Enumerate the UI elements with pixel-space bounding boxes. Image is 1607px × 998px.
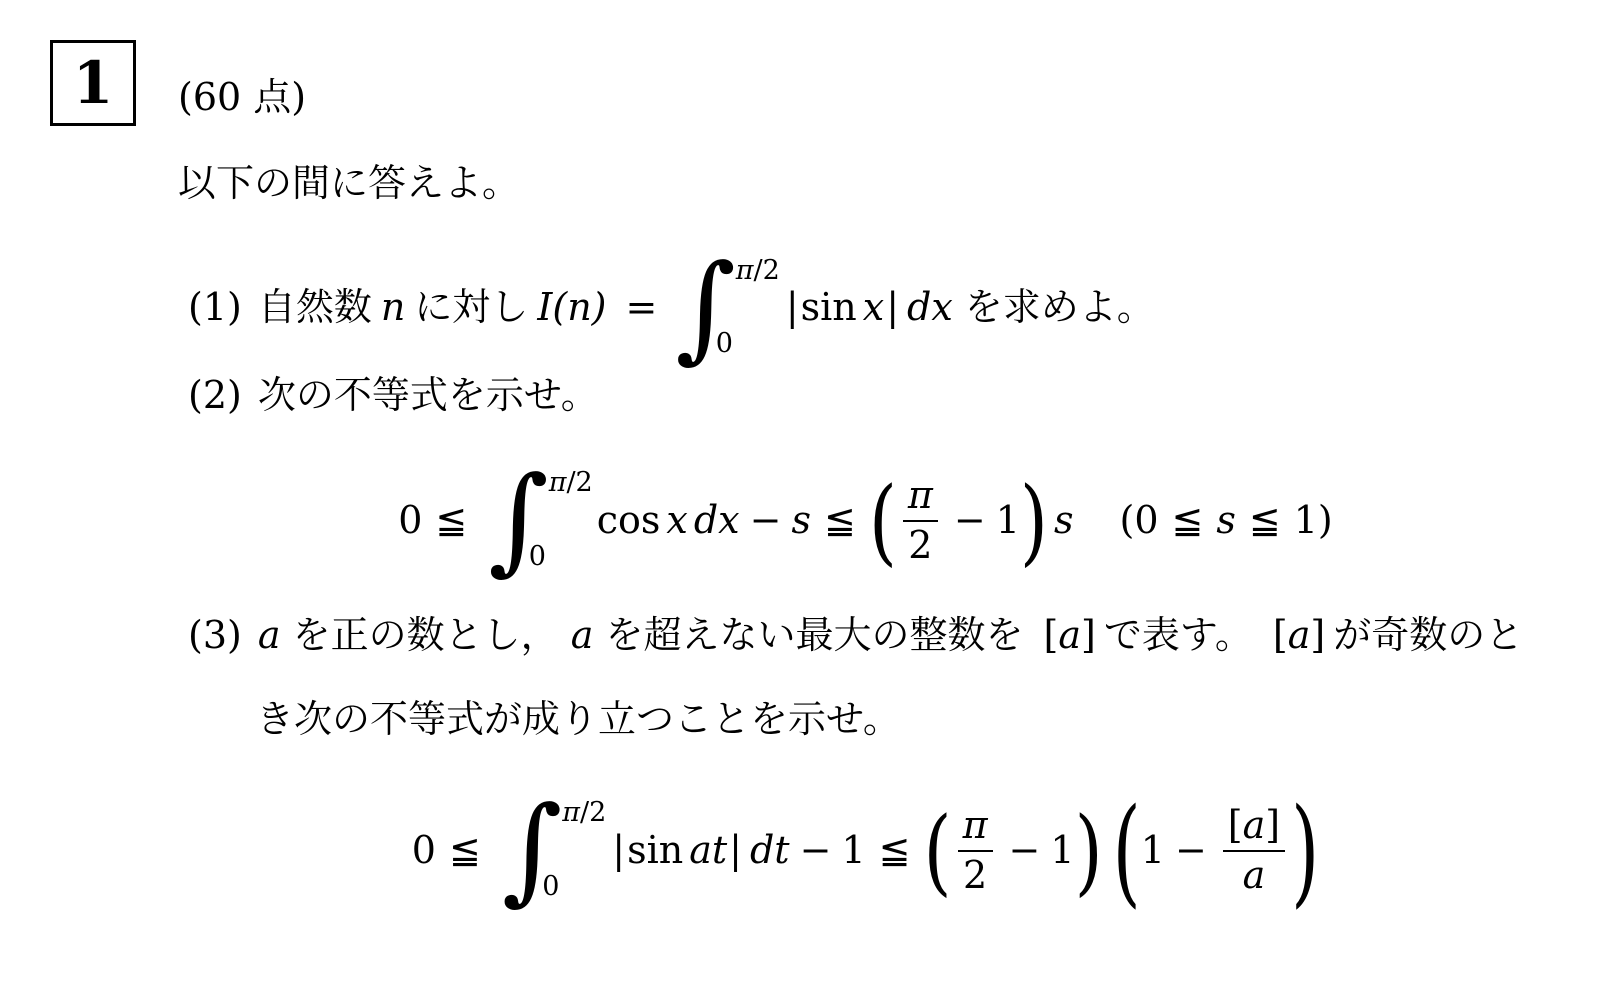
part1-label: (1) [188,284,242,332]
integral-2: ∫ π/2 0 [488,465,592,575]
minus-symbol: − [954,497,986,545]
integral-lower-bound: 0 [716,330,733,357]
integral-lower-bound: 0 [542,873,559,900]
fraction-denominator: 2 [903,520,938,568]
bracket-var-a: a [1288,613,1311,657]
integral-upper-bound: π/2 [549,469,593,496]
part3-equation: 0 ≦ ∫ π/2 0 |sinat| dt − 1 ≦ ( π 2 − 1 )… [0,778,1607,923]
fraction-denominator: a [1223,850,1285,898]
floor-bracket-a: [a] [1273,613,1325,657]
part3-text-line2: き次の不等式が成り立つことを示せ。 [256,696,901,744]
part2-equation: 0 ≦ ∫ π/2 0 cosx dx − s ≦ ( π 2 − 1 ) s … [0,448,1607,593]
part3-text-4: が奇数のと [1333,613,1523,657]
integral-bounds: π/2 0 [736,253,780,363]
minus-symbol: − [800,827,832,875]
part1-func: I(n) [537,284,606,332]
eq2-var-s-after: s [1054,497,1074,545]
eq2-zero: 0 [398,497,422,545]
part3-var-a: a [258,613,281,657]
question-number-box: 1 [50,40,136,126]
part1-row: (1) 自然数 n に対し I(n) = ∫ π/2 0 |sinx| dx を… [188,246,1155,370]
part2-text: 次の不等式を示せ。 [258,373,599,417]
fraction-numerator: π [903,474,938,520]
part1-text-after: を求めよ。 [965,284,1155,332]
question-number: 1 [73,47,113,120]
leq-symbol: ≦ [1249,498,1281,542]
bracket-left: [ [1228,803,1243,847]
part1-equals: = [626,284,658,332]
eq3-one: 1 [841,827,865,875]
upper-bound-rest: /2 [754,255,780,286]
eq2-var-s: s [791,497,811,545]
part1-text-after-n: に対し [414,284,528,332]
fraction-numerator: [a] [1223,804,1285,850]
abs-bar-right: | [886,284,899,332]
pi-symbol: π [549,467,567,498]
part2-label: (2) [188,373,242,417]
leq-symbol: ≦ [824,497,856,545]
part1-func-n: n [567,285,591,329]
part1-func-I: I [537,285,552,329]
upper-bound-rest: /2 [580,797,606,828]
upper-bound-rest: /2 [566,467,592,498]
minus-symbol: − [750,497,782,545]
integral-1: ∫ π/2 0 [675,253,779,363]
part2-equation-inner: 0 ≦ ∫ π/2 0 cosx dx − s ≦ ( π 2 − 1 ) s … [398,465,1333,575]
minus-symbol: − [1009,827,1041,875]
abs-bar-left: | [786,284,799,332]
integral-upper-bound: π/2 [562,799,606,826]
eq3-paren1-one: 1 [1050,827,1074,875]
part1-var-n: n [381,284,405,332]
bracket-right: ] [1265,803,1280,847]
part3-label: (3) [188,613,242,657]
sin-function: sin [627,827,683,875]
part3-var-a: a [571,613,594,657]
cond-var-s: s [1216,498,1236,542]
integral-upper-bound: π/2 [736,257,780,284]
integral-lower-bound: 0 [529,543,546,570]
fraction-denominator: 2 [958,850,993,898]
part1-func-lparen: ( [552,285,567,329]
eq2-condition: (0≦s≦1) [1120,497,1333,545]
eq3-zero: 0 [412,827,436,875]
eq2-one: 1 [996,497,1020,545]
cond-open: (0 [1120,498,1159,542]
points-label: (60 点) [178,74,306,122]
part1-text-before-n: 自然数 [258,284,372,332]
pi-symbol: π [736,255,754,286]
part2-row: (2)次の不等式を示せ。 [188,372,599,420]
part3-text-2: を超えない最大の整数を [605,613,1023,657]
big-lparen: ( [869,474,897,568]
bracket-var-a: a [1058,613,1081,657]
big-rparen: ) [1020,474,1048,568]
big-lparen: ( [923,804,951,898]
floor-bracket-a: [a] [1044,613,1096,657]
bracket-right: ] [1081,613,1096,657]
part1-func-rparen: ) [592,285,607,329]
pi-over-2-fraction: π 2 [958,804,993,897]
part3-text-3: で表す。 [1104,613,1253,657]
abs-bar-left: | [612,827,625,875]
big-lparen: ( [1113,792,1141,909]
intro-text: 以下の間に答えよ。 [178,160,520,208]
part3-equation-inner: 0 ≦ ∫ π/2 0 |sinat| dt − 1 ≦ ( π 2 − 1 )… [412,795,1319,905]
leq-symbol: ≦ [879,827,911,875]
cond-close: 1) [1294,498,1333,542]
sin-argument: at [689,827,727,875]
differential-dx: dx [694,497,740,545]
cos-argument: x [666,497,687,545]
bracket-left: [ [1044,613,1059,657]
floor-a-over-a-fraction: [a] a [1223,804,1285,897]
leq-symbol: ≦ [1172,498,1204,542]
bracket-var-a: a [1243,803,1266,847]
pi-over-2-fraction: π 2 [903,474,938,567]
big-rparen: ) [1075,804,1103,898]
pi-symbol: π [562,797,580,828]
differential-dt: dt [750,827,790,875]
bracket-right: ] [1310,613,1325,657]
integral-bounds: π/2 0 [549,465,593,575]
leq-symbol: ≦ [435,497,467,545]
part3-row: (3)a を正の数とし， a を超えない最大の整数を [a]で表す。 [a]が奇… [188,612,1523,660]
integral-bounds: π/2 0 [562,795,606,905]
cos-function: cos [597,497,661,545]
fraction-numerator: π [958,804,993,850]
minus-symbol: − [1175,827,1207,875]
leq-symbol: ≦ [449,827,481,875]
bracket-left: [ [1273,613,1288,657]
eq3-paren2-one: 1 [1141,827,1165,875]
integral-3: ∫ π/2 0 [502,795,606,905]
differential-dx: dx [907,284,953,332]
sin-function: sin [801,284,857,332]
big-rparen: ) [1291,792,1319,909]
part3-text-1: を正の数とし， [293,613,559,657]
sin-argument: x [863,284,884,332]
abs-bar-right: | [729,827,742,875]
